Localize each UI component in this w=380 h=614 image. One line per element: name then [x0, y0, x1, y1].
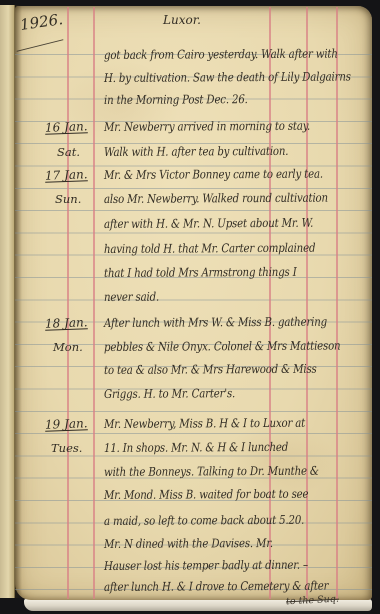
entry-day: Tues.	[51, 441, 82, 455]
diary-line: Mr. Newberry arrived in morning to stay.	[104, 119, 310, 134]
entry-day: Sat.	[57, 145, 80, 159]
diary-line: Mr. & Mrs Victor Bonney came to early te…	[104, 167, 323, 182]
year-label: 1926.	[19, 10, 64, 34]
year-underline-flourish	[17, 39, 64, 52]
diary-line: Griggs. H. to Mr. Carter's.	[104, 386, 235, 401]
diary-line: pebbles & Nile Onyx. Colonel & Mrs Matti…	[104, 339, 341, 354]
diary-line: also Mr. Newberry. Walked round cultivat…	[104, 191, 328, 206]
diary-line: Mr. Mond. Miss B. waited for boat to see	[104, 487, 308, 502]
diary-line: that I had told Mrs Armstrong things I	[104, 265, 297, 280]
diary-line: to tea & also Mr. & Mrs Harewood & Miss	[104, 362, 317, 377]
page-heading: Luxor.	[163, 13, 201, 27]
diary-line: never said.	[104, 290, 159, 304]
entry-date: 16 Jan.	[45, 119, 88, 134]
entry-day: Sun.	[55, 192, 81, 206]
diary-line: a maid, so left to come back about 5.20.	[104, 513, 304, 528]
diary-line: Hauser lost his temper badly at dinner. …	[104, 558, 308, 573]
diary-line: with the Bonneys. Talking to Dr. Munthe …	[104, 464, 319, 479]
diary-line: got back from Cairo yesterday. Walk afte…	[104, 47, 338, 62]
diary-line: 11. In shops. Mr. N. & H & I lunched	[104, 440, 288, 455]
diary-line: having told H. that Mr. Carter complaine…	[104, 241, 315, 256]
diary-scan: 1926. Luxor. got back from Cairo yesterd…	[0, 0, 380, 614]
diary-line: After lunch with Mrs W. & Miss B. gather…	[104, 315, 327, 330]
diary-line: after with H. & Mr. N. Upset about Mr. W…	[104, 216, 313, 231]
entry-day: Mon.	[53, 340, 83, 354]
handwriting-layer: 1926. Luxor. got back from Cairo yesterd…	[0, 0, 380, 614]
diary-line: Mr. N dined with the Davises. Mr.	[104, 536, 273, 551]
entry-date: 18 Jan.	[45, 315, 88, 330]
diary-line: after lunch H. & I drove to Cemetery & a…	[104, 579, 328, 594]
diary-line: Mr. Newberry, Miss B. H & I to Luxor at	[104, 416, 305, 431]
diary-line: Walk with H. after tea by cultivation.	[104, 144, 288, 159]
diary-line: H. by cultivation. Saw the death of Lily…	[104, 69, 351, 85]
diary-line: in the Morning Post Dec. 26.	[104, 92, 248, 107]
entry-date: 17 Jan.	[45, 167, 88, 182]
entry-date: 19 Jan.	[45, 416, 88, 431]
interline-insertion: to the Suq.	[286, 594, 339, 608]
